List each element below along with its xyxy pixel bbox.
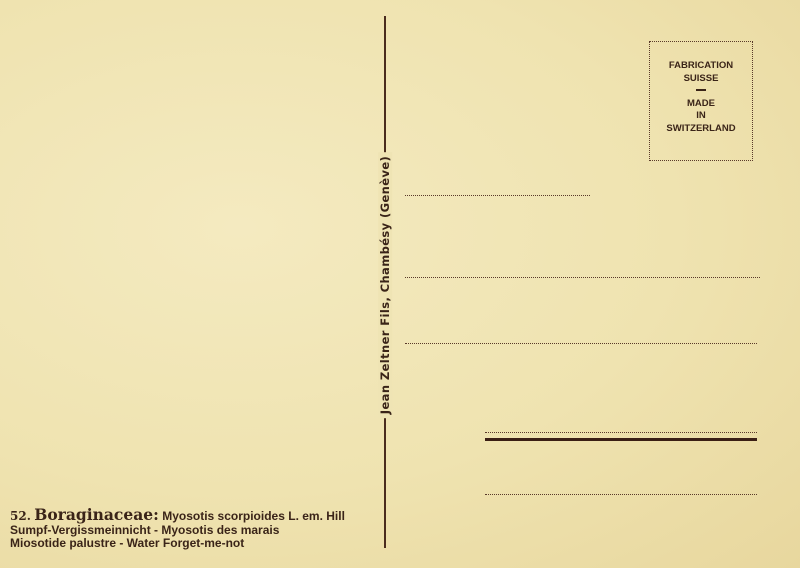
- address-line-5: [485, 494, 757, 495]
- stamp-line-5: SWITZERLAND: [650, 123, 752, 136]
- postcard-back: Jean Zeltner Fils, Chambésy (Genève) FAB…: [0, 0, 800, 568]
- address-underline-thick: [485, 438, 757, 441]
- stamp-line-2: SUISSE: [650, 73, 752, 86]
- caption-line-3: Miosotide palustre - Water Forget-me-not: [10, 537, 345, 551]
- stamp-line-3: MADE: [650, 98, 752, 111]
- stamp-dash: [696, 89, 706, 91]
- caption-line-2: Sumpf-Vergissmeinnicht - Myosotis des ma…: [10, 524, 345, 538]
- address-line-2: [405, 277, 760, 278]
- plate-number: 52.: [10, 509, 31, 523]
- publisher-text: Jean Zeltner Fils, Chambésy (Genève): [378, 152, 392, 418]
- stamp-box: FABRICATION SUISSE MADE IN SWITZERLAND: [649, 41, 753, 161]
- stamp-line-1: FABRICATION: [650, 60, 752, 73]
- caption-line-1: 52. Boraginaceae: Myosotis scorpioides L…: [10, 508, 345, 524]
- publisher-imprint: Jean Zeltner Fils, Chambésy (Genève): [375, 140, 395, 430]
- species-caption: 52. Boraginaceae: Myosotis scorpioides L…: [10, 508, 345, 551]
- stamp-line-4: IN: [650, 110, 752, 123]
- address-line-1: [405, 195, 590, 196]
- species-name: Myosotis scorpioides L. em. Hill: [162, 509, 345, 523]
- address-line-3: [405, 343, 757, 344]
- family-name: Boraginaceae:: [34, 505, 159, 524]
- address-line-4: [485, 432, 757, 433]
